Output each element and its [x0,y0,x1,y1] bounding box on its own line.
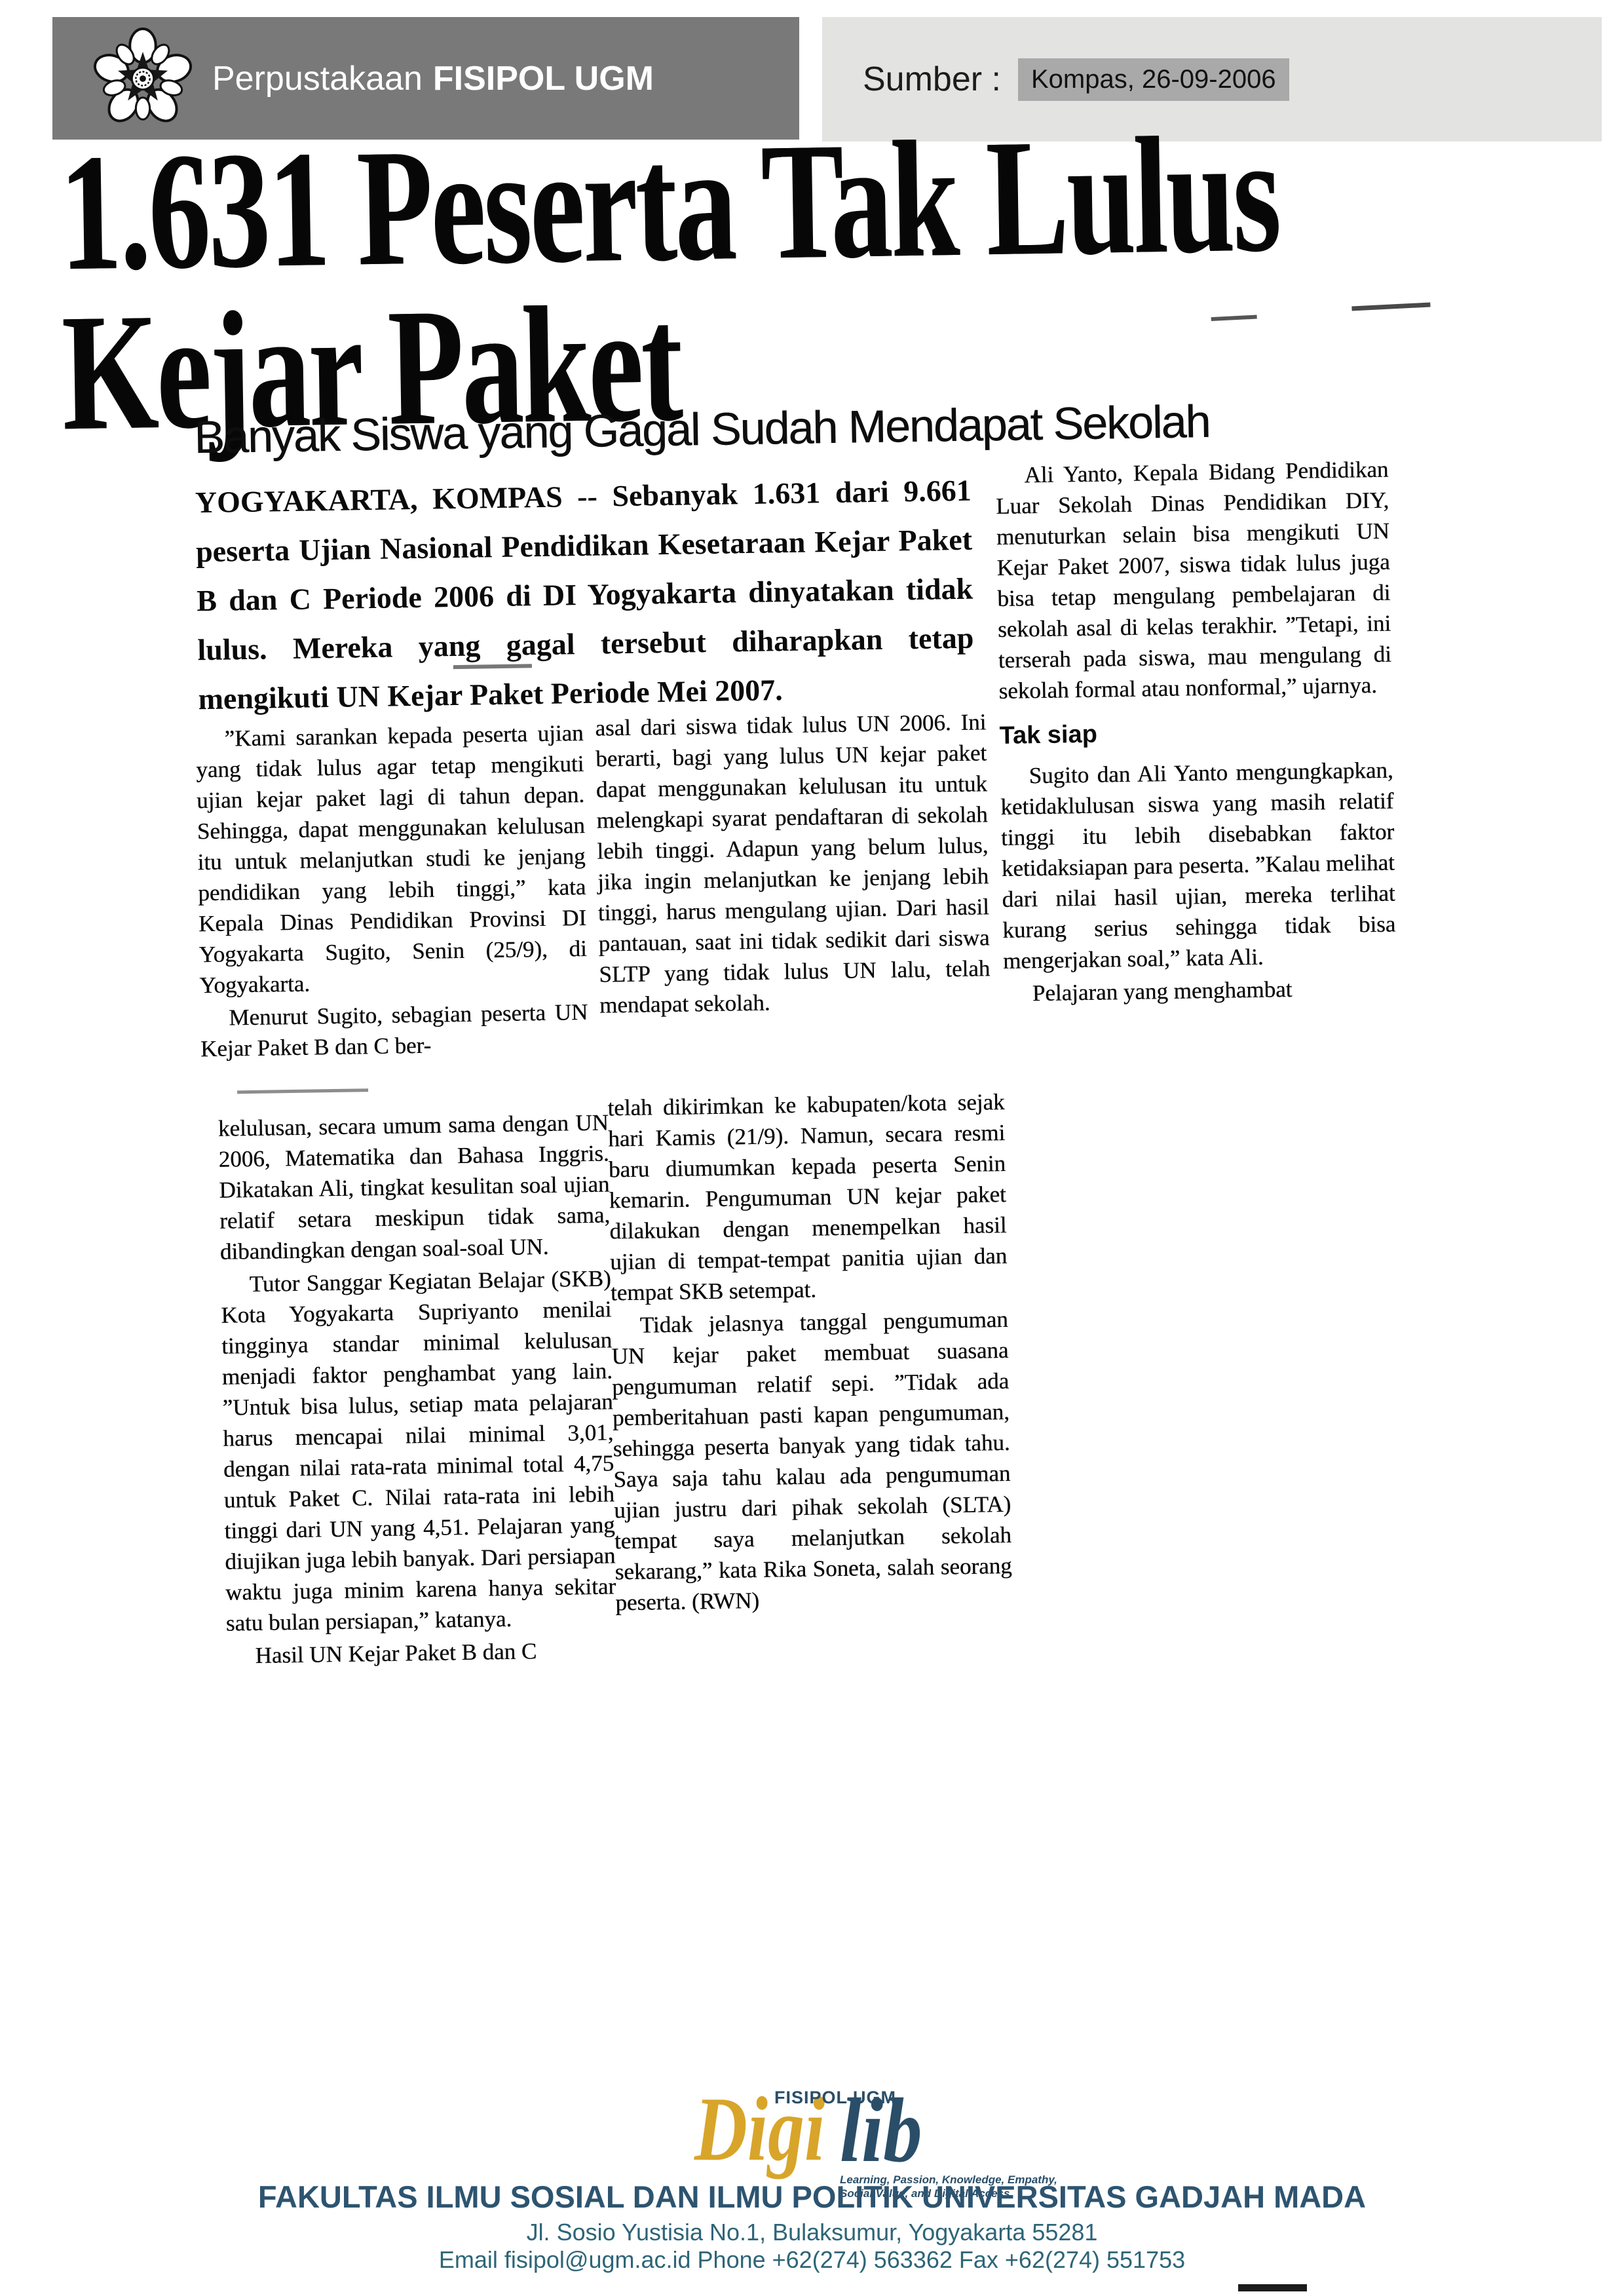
faculty-name: FAKULTAS ILMU SOSIAL DAN ILMU POLITIK UN… [0,2179,1624,2215]
column-5: telah dikirimkan ke kabupaten/kota sejak… [607,1086,1014,1734]
column-1: ”Kami sarankan kepada peserta ujian yang… [195,717,589,1100]
paragraph-col3-3: Pelajaran yang menghambat [1003,972,1397,1009]
paragraph-col1-1: ”Kami sarankan kepada peserta ujian yang… [195,717,588,1001]
scan-artifact [1351,302,1430,311]
paragraph-col4-3: Hasil UN Kejar Paket B dan C [226,1634,617,1671]
paragraph-col5-2: Tidak jelasnya tanggal pengumuman UN kej… [611,1304,1012,1618]
scanned-article: 1.631 Peserta Tak Lulus Kejar Paket Bany… [0,0,1624,1837]
lead-paragraph: YOGYAKARTA, KOMPAS -- Sebanyak 1.631 dar… [195,466,975,724]
newspaper-clipping-page: PerpustakaanFISIPOL UGM Sumber : Kompas,… [0,0,1624,2296]
column-4: kelulusan, secara umum sama dengan UN 20… [218,1107,618,1755]
contact-line: Email fisipol@ugm.ac.id Phone +62(274) 5… [0,2246,1624,2274]
lib-wordmark: lib [840,2085,922,2177]
paragraph-col5-1: telah dikirimkan ke kabupaten/kota sejak… [607,1086,1008,1308]
column-2: asal dari siswa tidak lulus UN 2006. Ini… [595,706,992,1099]
address-line: Jl. Sosio Yustisia No.1, Bulaksumur, Yog… [0,2219,1624,2246]
headline-line1: 1.631 Peserta Tak Lulus [58,111,1280,297]
paragraph-col3-2: Sugito dan Ali Yanto mengungkapkan, keti… [1000,755,1396,976]
digilib-logo: Digi FISIPOL UGM lib Learning, Passion, … [694,2057,1035,2195]
paragraph-col4-1: kelulusan, secara umum sama dengan UN 20… [218,1107,611,1267]
paragraph-col3-1: Ali Yanto, Kepala Bidang Pendidikan Luar… [995,454,1392,706]
subhead-tak-siap: Tak siap [999,715,1393,752]
column-3: Ali Yanto, Kepala Bidang Pendidikan Luar… [995,454,1398,1102]
scan-artifact [1211,315,1257,322]
scan-artifact [1238,2284,1307,2291]
paragraph-col4-2: Tutor Sanggar Kegiatan Belajar (SKB) Kot… [220,1263,616,1638]
paragraph-col1-2: Menurut Sugito, sebagian peserta UN Keja… [200,997,588,1064]
paragraph-col2-1: asal dari siswa tidak lulus UN 2006. Ini… [595,706,991,1020]
